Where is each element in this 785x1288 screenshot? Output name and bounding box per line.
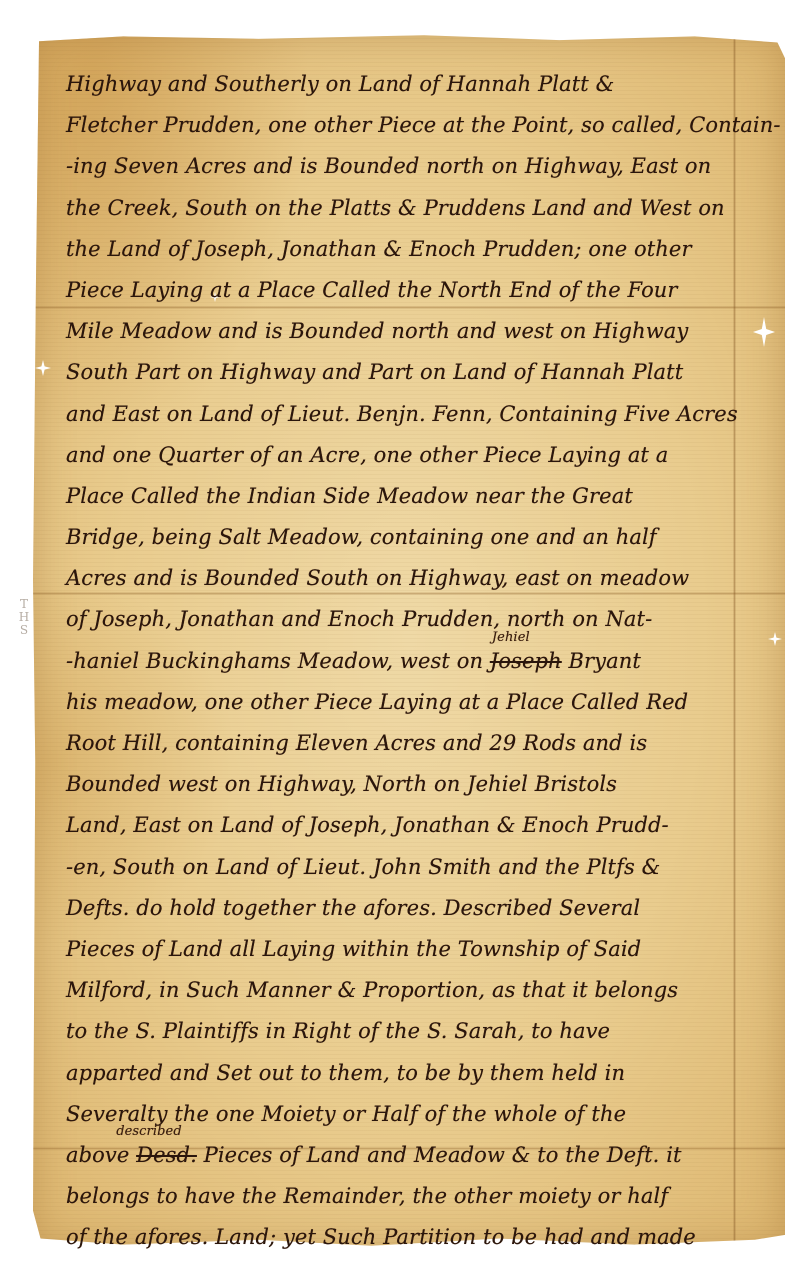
text-segment: -haniel Buckinghams Meadow, west on bbox=[66, 649, 483, 673]
text-line: and East on Land of Lieut. Benjn. Fenn, … bbox=[66, 394, 746, 435]
paper-tear bbox=[35, 360, 51, 376]
struck-word: Joseph bbox=[490, 649, 562, 673]
text-line-with-correction: above described Desd. Pieces of Land and… bbox=[66, 1135, 746, 1176]
text-line: the Creek, South on the Platts & Prudden… bbox=[66, 188, 746, 229]
text-line: belongs to have the Remainder, the other… bbox=[66, 1176, 746, 1217]
text-line: of the afores. Land; yet Such Partition … bbox=[66, 1217, 746, 1258]
text-line: apparted and Set out to them, to be by t… bbox=[66, 1053, 746, 1094]
text-line: Pieces of Land all Laying within the Tow… bbox=[66, 929, 746, 970]
text-segment: above bbox=[66, 1143, 129, 1167]
struck-word: Desd. bbox=[136, 1143, 197, 1167]
text-line: -ing Seven Acres and is Bounded north on… bbox=[66, 146, 746, 187]
text-line: the Land of Joseph, Jonathan & Enoch Pru… bbox=[66, 229, 746, 270]
text-line: his meadow, one other Piece Laying at a … bbox=[66, 682, 746, 723]
text-line: Place Called the Indian Side Meadow near… bbox=[66, 476, 746, 517]
interlinear-insertion: described bbox=[116, 1125, 182, 1139]
correction: Jehiel Joseph bbox=[490, 649, 569, 673]
manuscript-text: Highway and Southerly on Land of Hannah … bbox=[66, 64, 746, 1258]
text-line: Defts. do hold together the afores. Desc… bbox=[66, 888, 746, 929]
paper-tear bbox=[753, 317, 775, 347]
correction: described Desd. bbox=[136, 1143, 203, 1167]
text-line: Highway and Southerly on Land of Hannah … bbox=[66, 64, 746, 105]
text-line-with-correction: -haniel Buckinghams Meadow, west on Jehi… bbox=[66, 641, 746, 682]
interlinear-insertion: Jehiel bbox=[492, 631, 530, 645]
text-line: Land, East on Land of Joseph, Jonathan &… bbox=[66, 805, 746, 846]
text-line: and one Quarter of an Acre, one other Pi… bbox=[66, 435, 746, 476]
text-line: Bounded west on Highway, North on Jehiel… bbox=[66, 764, 746, 805]
margin-pencil-note: T H S bbox=[14, 598, 34, 637]
text-line: Mile Meadow and is Bounded north and wes… bbox=[66, 311, 746, 352]
text-line: Milford, in Such Manner & Proportion, as… bbox=[66, 970, 746, 1011]
paper-tear bbox=[768, 632, 782, 646]
text-line: to the S. Plaintiffs in Right of the S. … bbox=[66, 1011, 746, 1052]
text-line: South Part on Highway and Part on Land o… bbox=[66, 352, 746, 393]
text-line: Acres and is Bounded South on Highway, e… bbox=[66, 558, 746, 599]
text-line: Piece Laying at a Place Called the North… bbox=[66, 270, 746, 311]
text-segment: Pieces of Land and Meadow & to the Deft.… bbox=[204, 1143, 682, 1167]
text-line: Root Hill, containing Eleven Acres and 2… bbox=[66, 723, 746, 764]
text-segment: Bryant bbox=[568, 649, 640, 673]
text-line: of Joseph, Jonathan and Enoch Prudden, n… bbox=[66, 599, 746, 640]
text-line: Bridge, being Salt Meadow, containing on… bbox=[66, 517, 746, 558]
text-line: -en, South on Land of Lieut. John Smith … bbox=[66, 847, 746, 888]
text-line: Fletcher Prudden, one other Piece at the… bbox=[66, 105, 746, 146]
